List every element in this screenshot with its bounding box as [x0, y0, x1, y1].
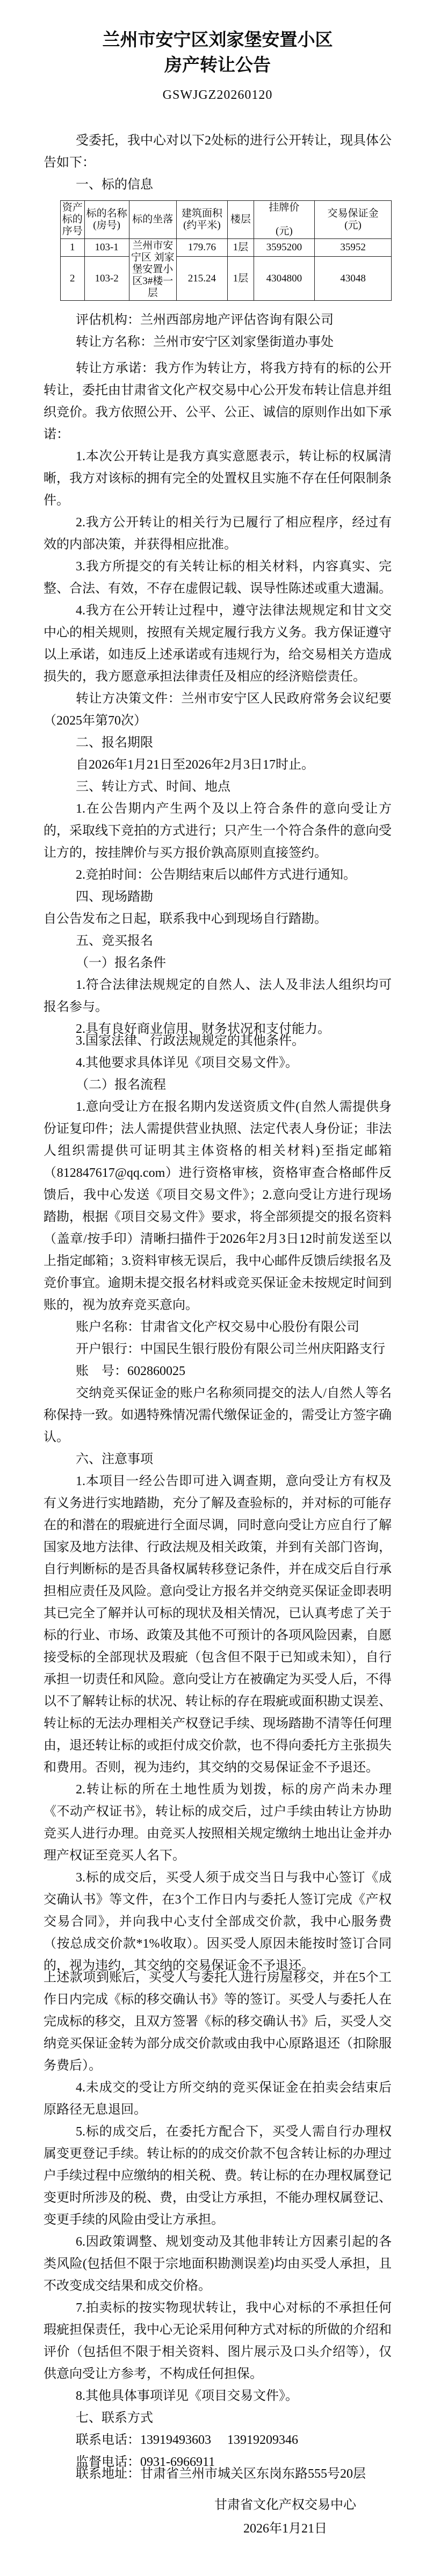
- col-header-floor: 楼层: [228, 201, 254, 239]
- cell-price: 3595200: [254, 239, 314, 257]
- cell-seq: 1: [61, 239, 85, 257]
- cell-name: 103-1: [84, 239, 129, 257]
- note-item-8: 8.其他具体事项详见《项目交易文件》。: [44, 2385, 392, 2407]
- notice-code: GSWJGZ20260120: [44, 87, 392, 103]
- deposit-note-paragraph: 交纳竞买保证金的账户名称须同提交的法人/自然人等名称保持一致。如遇特殊情况需代缴…: [44, 1383, 392, 1449]
- cell-location: 兰州市安宁区 刘家堡安置小区3#楼一层: [129, 239, 176, 301]
- notice-document: 兰州市安宁区刘家堡安置小区 房产转让公告 GSWJGZ20260120 受委托，…: [0, 0, 426, 2576]
- transfer-method-item-1: 1.在公告期内产生两个及以上符合条件的意向受让方的，采取线下竞拍的方式进行；只产…: [44, 798, 392, 864]
- note-item-4: 4.未成交的受让方所交纳的竞买保证金在拍卖会结束后原路径无息退回。: [44, 2077, 392, 2121]
- note-item-3-continued: 上述款项到账后，买受人与委托人进行房屋移交，并在5个工作日内完成《标的移交确认书…: [44, 1967, 392, 2077]
- account-name-line: 账户名称：甘肃省文化产权交易中心股份有限公司: [44, 1316, 392, 1338]
- col-header-seq: 资产 标的 序号: [61, 201, 85, 239]
- transferor-line: 转让方名称：兰州市安宁区刘家堡街道办事处: [44, 331, 392, 353]
- col-header-location: 标的坐落: [129, 201, 176, 239]
- note-item-5: 5.标的成交后，在委托方配合下，买受人需自行办理权属变更登记手续。转让标的的成交…: [44, 2121, 392, 2231]
- cell-floor: 1层: [228, 257, 254, 301]
- section-heading-registration-period: 二、报名期限: [44, 732, 392, 754]
- condition-item-3: 3.国家法律、行政法规规定的其他条件。: [44, 1030, 392, 1052]
- intro-paragraph: 受委托，我中心对以下2处标的进行公开转让，现具体公告如下：: [44, 130, 392, 174]
- note-item-1: 1.本项目一经公告即可进入调查期，意向受让方有权及有义务进行实地踏勘，充分了解及…: [44, 1471, 392, 1779]
- cell-price: 4304800: [254, 257, 314, 301]
- transfer-method-item-2: 2.竞拍时间：公告期结束后以邮件方式进行通知。: [44, 864, 392, 886]
- table-header-row: 资产 标的 序号 标的名称 (房号) 标的坐落 建筑面积 (约平米) 楼层 挂牌…: [61, 201, 392, 239]
- section-heading-transfer-method: 三、转让方式、时间、地点: [44, 776, 392, 798]
- commitment-item-1: 1.本次公开转让是我方真实意愿表示，转让标的权属清晰，我方对该标的拥有完全的处置…: [44, 446, 392, 512]
- commitment-item-2: 2.我方公开转让的相关行为已履行了相应程序，经过有效的内部决策，并获得相应批准。: [44, 512, 392, 556]
- commitment-paragraph: 转让方承诺：我方作为转让方，将我方持有的标的公开转让，委托由甘肃省文化产权交易中…: [44, 358, 392, 446]
- cell-floor: 1层: [228, 239, 254, 257]
- condition-item-1: 1.符合法律法规规定的自然人、法人及非法人组织均可报名参与。: [44, 974, 392, 1018]
- table-row: 2 103-2 215.24 1层 4304800 43048: [61, 257, 392, 301]
- cell-deposit: 35952: [315, 239, 392, 257]
- col-header-name: 标的名称 (房号): [84, 201, 129, 239]
- site-survey-text: 自公告发布之日起，联系我中心到现场自行踏勘。: [44, 908, 392, 930]
- note-item-6: 6.因政策调整、规划变动及其他非转让方因素引起的各类风险(包括但不限于宗地面积勘…: [44, 2231, 392, 2297]
- section-heading-bid-registration: 五、竞买报名: [44, 930, 392, 952]
- section-heading-notes: 六、注意事项: [44, 1449, 392, 1471]
- issuing-organization: 甘肃省文化产权交易中心: [214, 2493, 356, 2517]
- evaluator-line: 评估机构：兰州西部房地产评估咨询有限公司: [44, 309, 392, 331]
- col-header-area: 建筑面积 (约平米): [176, 201, 227, 239]
- bank-line: 开户银行：中国民生银行股份有限公司兰州庆阳路支行: [44, 1338, 392, 1361]
- cell-area: 179.76: [176, 239, 227, 257]
- page-title-line1: 兰州市安宁区刘家堡安置小区: [44, 28, 392, 53]
- registration-period-text: 自2026年1月21日至2026年2月3日17时止。: [44, 754, 392, 776]
- registration-process-paragraph: 1.意向受让方在报名期内发送资质文件(自然人需提供身份证复印件；法人需提供营业执…: [44, 1096, 392, 1316]
- cell-name: 103-2: [84, 257, 129, 301]
- cell-deposit: 43048: [315, 257, 392, 301]
- decision-document-line: 转让方决策文件：兰州市安宁区人民政府常务会议纪要（2025年第70次）: [44, 688, 392, 732]
- signature-block: 甘肃省文化产权交易中心 2026年1月21日: [214, 2493, 356, 2541]
- lot-table: 资产 标的 序号 标的名称 (房号) 标的坐落 建筑面积 (约平米) 楼层 挂牌…: [60, 200, 392, 301]
- commitment-item-4: 4.我方在公开转让过程中，遵守法律法规规定和甘文交中心的相关规则，按照有关规定履…: [44, 600, 392, 688]
- condition-item-4: 4.其他要求具体详见《项目交易文件》。: [44, 1052, 392, 1074]
- note-item-3: 3.标的成交后，买受人须于成交当日与我中心签订《成交确认书》等文件，在3个工作日…: [44, 1867, 392, 1977]
- page-title-line2: 房产转让公告: [44, 53, 392, 78]
- subheading-registration-conditions: （一）报名条件: [44, 952, 392, 974]
- col-header-price: 挂牌价 (元): [254, 201, 314, 239]
- commitment-item-3: 3.我方所提交的有关转让标的相关材料，内容真实、完整、合法、有效，不存在虚假记载…: [44, 556, 392, 600]
- account-number-line: 账 号：602860025: [44, 1361, 392, 1383]
- subheading-registration-process: （二）报名流程: [44, 1074, 392, 1096]
- contact-address-line: 联系地址：甘肃省兰州市城关区东岗东路555号20层: [44, 2463, 392, 2485]
- col-header-deposit: 交易保证金 (元): [315, 201, 392, 239]
- table-row: 1 103-1 兰州市安宁区 刘家堡安置小区3#楼一层 179.76 1层 35…: [61, 239, 392, 257]
- note-item-7: 7.拍卖标的按实物现状转让，我中心对标的不承担任何瑕疵担保责任，我中心无论采用何…: [44, 2297, 392, 2385]
- contact-phone-line: 联系电话：13919493603 13919209346: [44, 2429, 392, 2451]
- cell-area: 215.24: [176, 257, 227, 301]
- cell-seq: 2: [61, 257, 85, 301]
- section-heading-contact: 七、联系方式: [44, 2407, 392, 2429]
- section-heading-site-survey: 四、现场踏勘: [44, 886, 392, 908]
- section-heading-lot-info: 一、标的信息: [44, 174, 392, 196]
- issue-date: 2026年1月21日: [214, 2517, 356, 2541]
- note-item-2: 2.转让标的所在土地性质为划拨，标的房产尚未办理《不动产权证书》，转让标的成交后…: [44, 1779, 392, 1867]
